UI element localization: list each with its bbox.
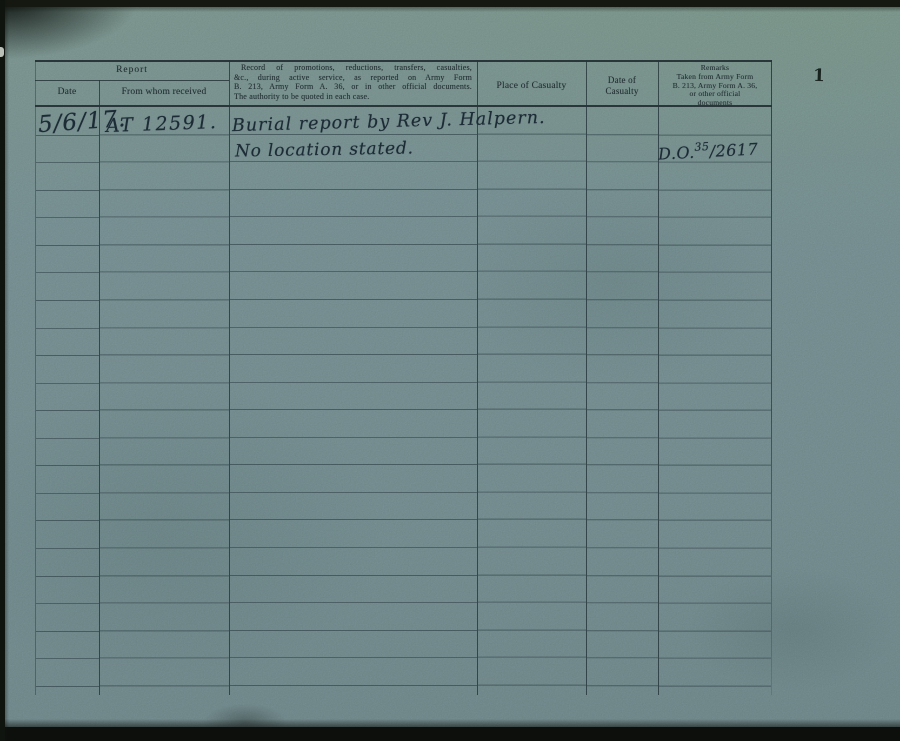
table-row <box>230 438 477 466</box>
scan-edge-top <box>0 0 900 7</box>
table-row <box>230 383 477 411</box>
column-rows-date-of-casualty <box>587 107 658 687</box>
entry-from-whom-handwriting: AT 12591. <box>106 111 218 137</box>
table-row <box>100 135 229 163</box>
table-row <box>478 492 586 520</box>
table-row <box>587 410 658 438</box>
table-row <box>230 576 477 604</box>
table-row <box>659 108 771 136</box>
record-header-line: &c., during active service, as reported … <box>234 73 472 83</box>
table-row <box>36 356 99 384</box>
record-header-line: The authority to be quoted in each case. <box>234 92 472 102</box>
table-row <box>478 355 586 383</box>
column-header-record: Record of promotions, reductions, transf… <box>229 63 477 101</box>
table-row <box>478 189 586 217</box>
report-group-underline <box>35 80 229 81</box>
table-row <box>659 411 771 439</box>
table-row <box>478 548 586 576</box>
table-row <box>36 384 99 412</box>
column-header-date: Date <box>35 87 99 97</box>
table-row <box>230 658 477 686</box>
table-row <box>659 493 771 521</box>
table-row <box>100 411 229 439</box>
scan-edge-bottom <box>0 727 900 741</box>
table-row <box>587 107 658 135</box>
table-row <box>36 632 99 660</box>
column-header-from-whom-received: From whom received <box>99 87 229 97</box>
table-row <box>478 603 586 631</box>
table-row <box>659 218 771 246</box>
table-row <box>478 575 586 603</box>
remarks-reference-prefix: D.O. <box>658 143 696 164</box>
table-row <box>587 162 658 190</box>
table-row <box>478 437 586 465</box>
table-row <box>659 301 771 329</box>
table-row <box>36 494 99 522</box>
table-row <box>478 272 586 300</box>
table-row <box>587 438 658 466</box>
table-row <box>478 162 586 190</box>
table-row <box>36 329 99 357</box>
table-row <box>478 630 586 658</box>
date-of-casualty-header-line: Date of <box>586 75 658 86</box>
table-row <box>100 631 229 659</box>
table-row <box>230 548 477 576</box>
date-of-casualty-header-line: Casualty <box>586 86 658 97</box>
scanned-document-viewport: Report Date From whom received Record of… <box>0 0 900 741</box>
record-header-line: Record of promotions, reductions, transf… <box>234 63 472 73</box>
table-row <box>478 300 586 328</box>
table-row <box>659 604 771 632</box>
column-rows-record <box>230 107 477 687</box>
table-row <box>587 355 658 383</box>
table-row <box>36 411 99 439</box>
table-row <box>36 191 99 219</box>
table-row <box>659 245 771 273</box>
column-header-remarks: Remarks Taken from Army Form B. 213, Arm… <box>658 64 772 108</box>
table-row <box>587 135 658 163</box>
table-row <box>100 576 229 604</box>
table-row <box>478 382 586 410</box>
table-row <box>659 438 771 466</box>
table-row <box>230 272 477 300</box>
report-group-header: Report <box>35 65 229 75</box>
table-row <box>478 520 586 548</box>
page-number: 1 <box>813 66 826 86</box>
table-row <box>230 300 477 328</box>
table-row <box>36 136 99 164</box>
table-row <box>100 190 229 218</box>
table-row <box>36 246 99 274</box>
table-row <box>230 631 477 659</box>
table-row <box>478 327 586 355</box>
column-rows-date <box>36 108 99 688</box>
table-row <box>100 438 229 466</box>
table-row <box>587 217 658 245</box>
table-row <box>659 576 771 604</box>
table-row <box>587 603 658 631</box>
table-row <box>659 273 771 301</box>
table-row <box>587 493 658 521</box>
table-row <box>100 521 229 549</box>
table-row <box>478 658 586 686</box>
table-row <box>100 300 229 328</box>
column-header-place-of-casualty: Place of Casualty <box>477 81 586 91</box>
table-row <box>587 190 658 218</box>
table-row <box>659 190 771 218</box>
column-rows-from-whom <box>100 107 229 687</box>
table-row <box>36 218 99 246</box>
table-row <box>587 548 658 576</box>
table-row <box>230 355 477 383</box>
scan-edge-left-shadow <box>5 0 9 741</box>
table-row <box>100 273 229 301</box>
table-row <box>478 465 586 493</box>
table-row <box>36 466 99 494</box>
table-row <box>587 300 658 328</box>
table-row <box>587 273 658 301</box>
table-row <box>478 217 586 245</box>
table-right-rule <box>771 60 772 695</box>
table-row <box>230 328 477 356</box>
table-row <box>100 659 229 687</box>
table-row <box>659 328 771 356</box>
table-row <box>100 163 229 191</box>
table-row <box>659 631 771 659</box>
table-row <box>659 356 771 384</box>
scan-edge-bottom-shadow <box>0 719 900 727</box>
table-row <box>587 576 658 604</box>
table-row <box>659 383 771 411</box>
entry-record-line2-handwriting: No location stated. <box>235 138 414 161</box>
table-row <box>659 549 771 577</box>
scan-edge-top-shadow <box>0 7 900 12</box>
table-row <box>587 466 658 494</box>
table-row <box>659 521 771 549</box>
table-row <box>100 328 229 356</box>
table-row <box>659 466 771 494</box>
table-row <box>230 190 477 218</box>
table-row <box>587 383 658 411</box>
table-row <box>36 521 99 549</box>
table-row <box>230 493 477 521</box>
table-row <box>36 659 99 687</box>
table-row <box>230 217 477 245</box>
column-header-date-of-casualty: Date of Casualty <box>586 75 658 97</box>
table-row <box>478 134 586 162</box>
column-rows-remarks <box>659 108 771 688</box>
table-row <box>100 548 229 576</box>
table-row <box>100 245 229 273</box>
table-row <box>36 301 99 329</box>
table-top-rule <box>35 60 772 62</box>
table-row <box>478 410 586 438</box>
table-row <box>659 163 771 191</box>
table-row <box>36 273 99 301</box>
table-row <box>100 604 229 632</box>
table-row <box>478 244 586 272</box>
table-row <box>587 631 658 659</box>
record-header-line: B. 213, Army Form A. 36, or in other off… <box>234 82 472 92</box>
table-row <box>587 328 658 356</box>
table-row <box>36 604 99 632</box>
table-row <box>587 245 658 273</box>
table-row <box>100 383 229 411</box>
paper-edge-notch <box>0 47 4 57</box>
table-row <box>230 245 477 273</box>
table-row <box>36 439 99 467</box>
table-row <box>230 603 477 631</box>
table-row <box>230 162 477 190</box>
table-row <box>230 520 477 548</box>
table-row <box>100 466 229 494</box>
table-row <box>36 549 99 577</box>
table-row <box>100 355 229 383</box>
table-row <box>587 658 658 686</box>
table-row <box>230 465 477 493</box>
remarks-reference-denominator: /2617 <box>709 139 759 161</box>
table-row <box>100 493 229 521</box>
table-row <box>230 410 477 438</box>
table-row <box>100 218 229 246</box>
table-row <box>36 577 99 605</box>
table-row <box>659 659 771 687</box>
column-rows-place-of-casualty <box>478 107 586 687</box>
remarks-reference-numerator: 35 <box>694 140 710 154</box>
table-row <box>587 521 658 549</box>
table-row <box>36 163 99 191</box>
